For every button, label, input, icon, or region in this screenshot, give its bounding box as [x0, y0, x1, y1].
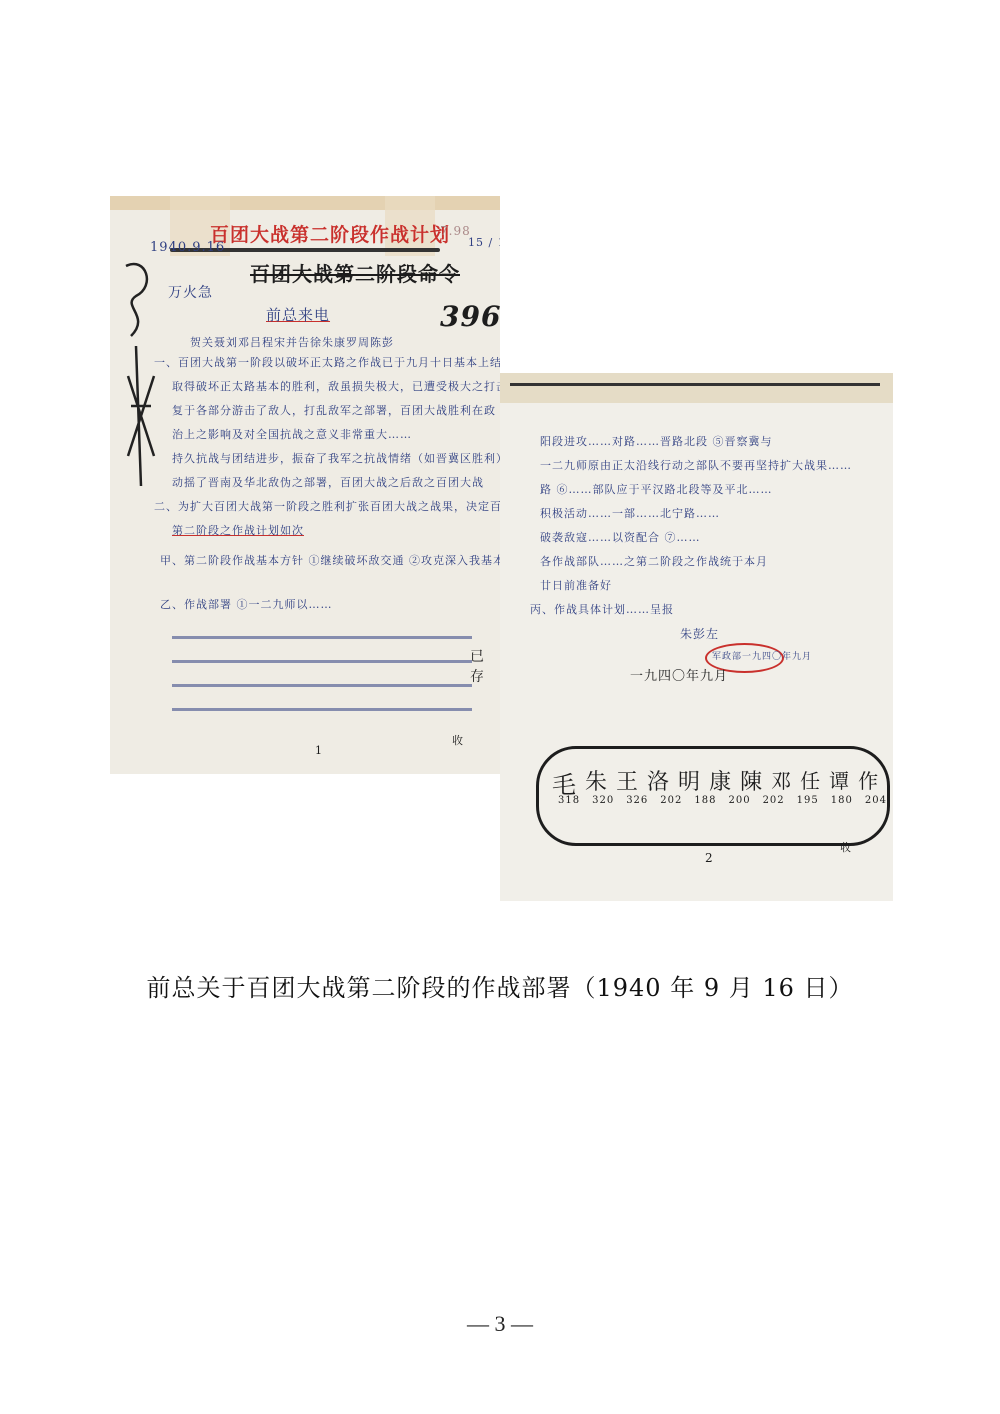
tape-strip — [500, 373, 893, 403]
circulation-number: 204 — [865, 795, 887, 806]
circulation-numbers: 318 320 326 202 188 200 202 195 180 204 — [558, 795, 887, 806]
circulation-number: 202 — [660, 795, 682, 806]
page-number: — 3 — — [0, 1311, 1000, 1337]
margin-numbers: 15 / 11 — [468, 236, 500, 249]
page-mark: 1 — [315, 744, 323, 757]
circulation-number: 188 — [694, 795, 716, 806]
body-line: 丙、作战具体计划……呈报 — [530, 601, 674, 617]
priority-label: 万火急 — [168, 282, 213, 302]
section-b-lines — [172, 622, 472, 732]
circulation-number: 320 — [592, 795, 614, 806]
circulation-number: 326 — [626, 795, 648, 806]
body-line: 持久抗战与团结进步，振奋了我军之抗战情绪（如晋冀区胜利） — [172, 450, 500, 466]
body-line: 治上之影响及对全国抗战之意义非常重大…… — [172, 426, 412, 442]
body-line: 阳段进攻……对路……晋路北段 ⑤晋察冀与 — [540, 433, 773, 449]
body-line: 破袭敌寇……以资配合 ⑦…… — [540, 529, 701, 545]
body-line: 一二九师原由正太沿线行动之部队不要再坚持扩大战果…… — [540, 457, 852, 473]
body-line: 路 ⑥……部队应于平汉路北段等及平北…… — [540, 481, 773, 497]
top-scribble — [510, 383, 880, 386]
subtitle: 前总来电 — [266, 304, 330, 325]
circulation-number: 200 — [728, 795, 750, 806]
body-line: 廿日前准备好 — [540, 577, 612, 593]
body-line: 动摇了晋南及华北敌伪之部署，百团大战之后敌之百团大战 — [172, 474, 484, 490]
annotation-right: 已存 — [470, 646, 490, 686]
tape-strip — [110, 196, 500, 210]
archive-number: 396 — [440, 300, 500, 333]
page-mark: 2 — [705, 851, 714, 865]
circulation-number: 202 — [763, 795, 785, 806]
figure-caption: 前总关于百团大战第二阶段的作战部署（1940 年 9 月 16 日） — [0, 968, 1000, 1003]
body-line: 复于各部分游击了敌人，打乱敌军之部署，百团大战胜利在政 — [172, 402, 496, 418]
circulation-number: 180 — [831, 795, 853, 806]
annotation-footer: 收 — [452, 732, 464, 748]
body-line: 积极活动……一部……北宁路…… — [540, 505, 720, 521]
date-note: 1940.9.16 — [150, 240, 225, 255]
body-line: 二、为扩大百团大战第一阶段之胜利扩张百团大战之战果，决定百团大战 — [154, 498, 500, 514]
recipients: 贺关聂刘邓吕程宋并告徐朱康罗周陈彭 — [190, 334, 394, 350]
struck-title: 百团大战第二阶段命令 — [250, 258, 460, 287]
signature: 朱彭左 — [680, 625, 719, 642]
circulation-number: 318 — [558, 795, 580, 806]
annotation-footer: 收 — [840, 839, 852, 855]
body-line: 第二阶段之作战计划如次 — [172, 522, 304, 538]
date-handwritten: 一九四〇年九月 — [630, 665, 728, 684]
signature-circled: 军政部一九四〇年九月 — [712, 649, 812, 662]
circulation-number: 195 — [797, 795, 819, 806]
left-document-photo: 百团大战第二阶段作战计划 1940.9.16 7.98 15 / 11 百团大战… — [110, 196, 500, 774]
section-a: 甲、第二阶段作战基本方针 ①继续破坏敌交通 ②攻克深入我基本根据地内之某些据点 — [160, 552, 500, 568]
left-margin-scribble — [116, 256, 166, 496]
header-red-text: 百团大战第二阶段作战计划 — [210, 220, 450, 247]
corner-note: 7.98 — [440, 224, 471, 238]
body-line: 各作战部队……之第二阶段之作战统于本月 — [540, 553, 768, 569]
right-document-photo: 阳段进攻……对路……晋路北段 ⑤晋察冀与 一二九师原由正太沿线行动之部队不要再坚… — [500, 373, 893, 901]
section-b: 乙、作战部署 ①一二九师以…… — [160, 596, 333, 612]
body-line: 取得破坏正太路基本的胜利，敌虽损失极大，已遭受极大之打击…… — [172, 378, 500, 394]
body-line: 一、百团大战第一阶段以破坏正太路之作战已于九月十日基本上结束我已 — [154, 354, 500, 370]
